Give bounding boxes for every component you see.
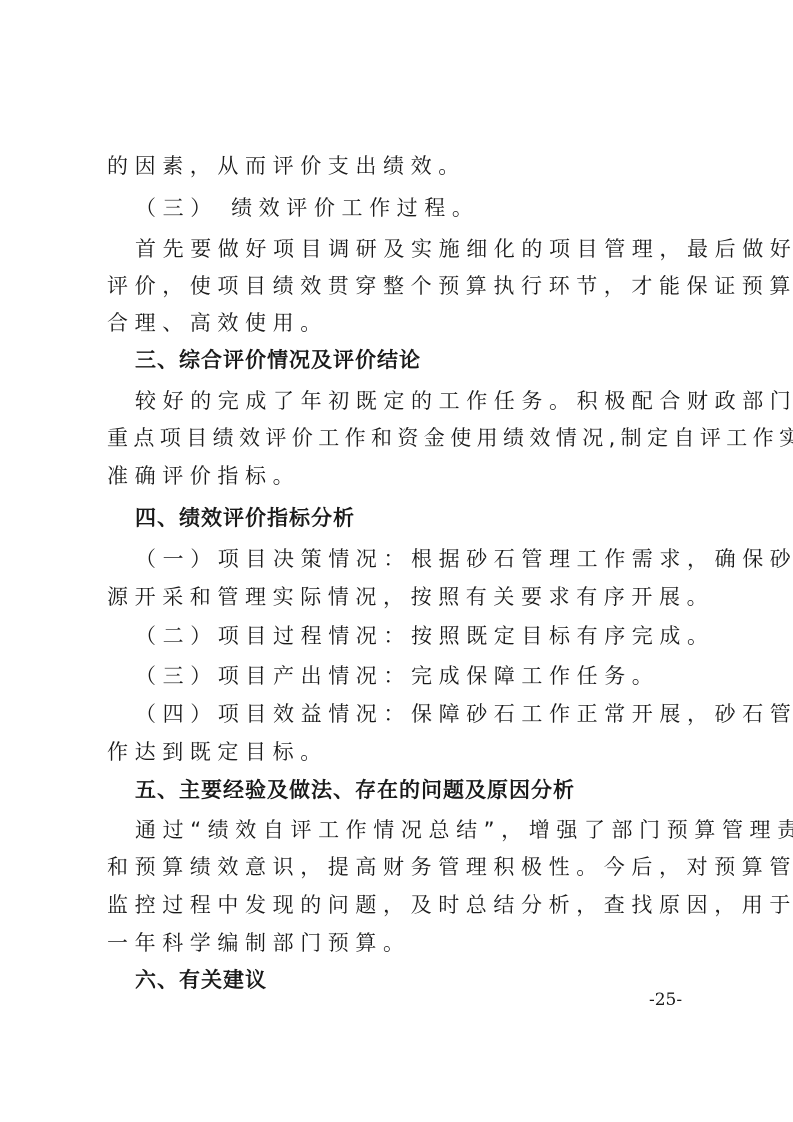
- paragraph-line: （一）项目决策情况：根据砂石管理工作需求，确保砂石资: [135, 545, 725, 573]
- paragraph-line: 监控过程中发现的问题，及时总结分析，查找原因，用于指导下: [107, 891, 697, 919]
- section-heading-6: 六、有关建议: [135, 966, 725, 994]
- paragraph-line: （四）项目效益情况：保障砂石工作正常开展，砂石管理工: [135, 700, 725, 728]
- document-page: 的因素，从而评价支出绩效。 （三） 绩效评价工作过程。 首先要做好项目调研及实施…: [0, 0, 793, 1122]
- paragraph-line: 评价，使项目绩效贯穿整个预算执行环节，才能保证预算资金的: [107, 272, 697, 300]
- section-heading-4: 四、绩效评价指标分析: [135, 504, 725, 532]
- paragraph-line: 一年科学编制部门预算。: [107, 929, 697, 957]
- paragraph-line: 首先要做好项目调研及实施细化的项目管理，最后做好绩效: [135, 235, 725, 263]
- page-number: -25-: [649, 990, 682, 1010]
- paragraph-line: 较好的完成了年初既定的工作任务。积极配合财政部门开展: [135, 387, 725, 415]
- paragraph-line: （二）项目过程情况：按照既定目标有序完成。: [135, 622, 725, 650]
- section-heading-5: 五、主要经验及做法、存在的问题及原因分析: [135, 776, 725, 804]
- paragraph-line: 通过“绩效自评工作情况总结”，增强了部门预算管理责任: [135, 816, 725, 844]
- paragraph-line: 作达到既定目标。: [107, 738, 697, 766]
- paragraph-line: 合理、高效使用。: [107, 309, 697, 337]
- section-heading-3: 三、综合评价情况及评价结论: [135, 346, 725, 374]
- paragraph-line: 和预算绩效意识，提高财务管理积极性。今后，对预算管理工作: [107, 853, 697, 881]
- paragraph-line: 的因素，从而评价支出绩效。: [107, 152, 697, 180]
- paragraph-line: （三）项目产出情况：完成保障工作任务。: [135, 662, 725, 690]
- paragraph-line: 准确评价指标。: [107, 462, 697, 490]
- paragraph-line: 源开采和管理实际情况，按照有关要求有序开展。: [107, 583, 697, 611]
- subheading-process: （三） 绩效评价工作过程。: [135, 194, 725, 222]
- paragraph-line: 重点项目绩效评价工作和资金使用绩效情况,制定自评工作实施,: [107, 424, 697, 452]
